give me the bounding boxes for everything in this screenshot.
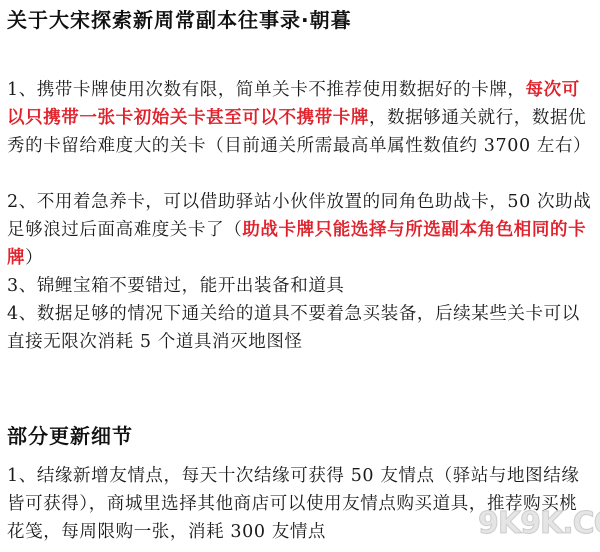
list-item: 3、锦鲤宝箱不要错过，能开出装备和道具 <box>7 272 595 300</box>
list-item: 4、数据足够的情况下通关给的道具不要着急买装备，后续某些关卡可以直接无限次消耗 … <box>7 300 595 356</box>
watermark-logo: 9K9K.COM <box>478 506 600 541</box>
item-text: 4、数据足够的情况下通关给的道具不要着急买装备，后续某些关卡可以直接无限次消耗 … <box>7 304 580 352</box>
section-title: 部分更新细节 <box>7 420 133 449</box>
page-title: 关于大宋探索新周常副本往事录·朝暮 <box>7 4 352 33</box>
list-item: 1、携带卡牌使用次数有限，简单关卡不推荐使用数据好的卡牌，每次可以只携带一张卡初… <box>7 76 595 160</box>
item-text: 1、携带卡牌使用次数有限，简单关卡不推荐使用数据好的卡牌， <box>7 80 526 100</box>
list-item: 2、不用着急养卡，可以借助驿站小伙伴放置的同角色助战卡，50 次助战足够浪过后面… <box>7 188 595 272</box>
item-text: ） <box>25 248 43 268</box>
item-text: 3、锦鲤宝箱不要错过，能开出装备和道具 <box>7 276 345 296</box>
